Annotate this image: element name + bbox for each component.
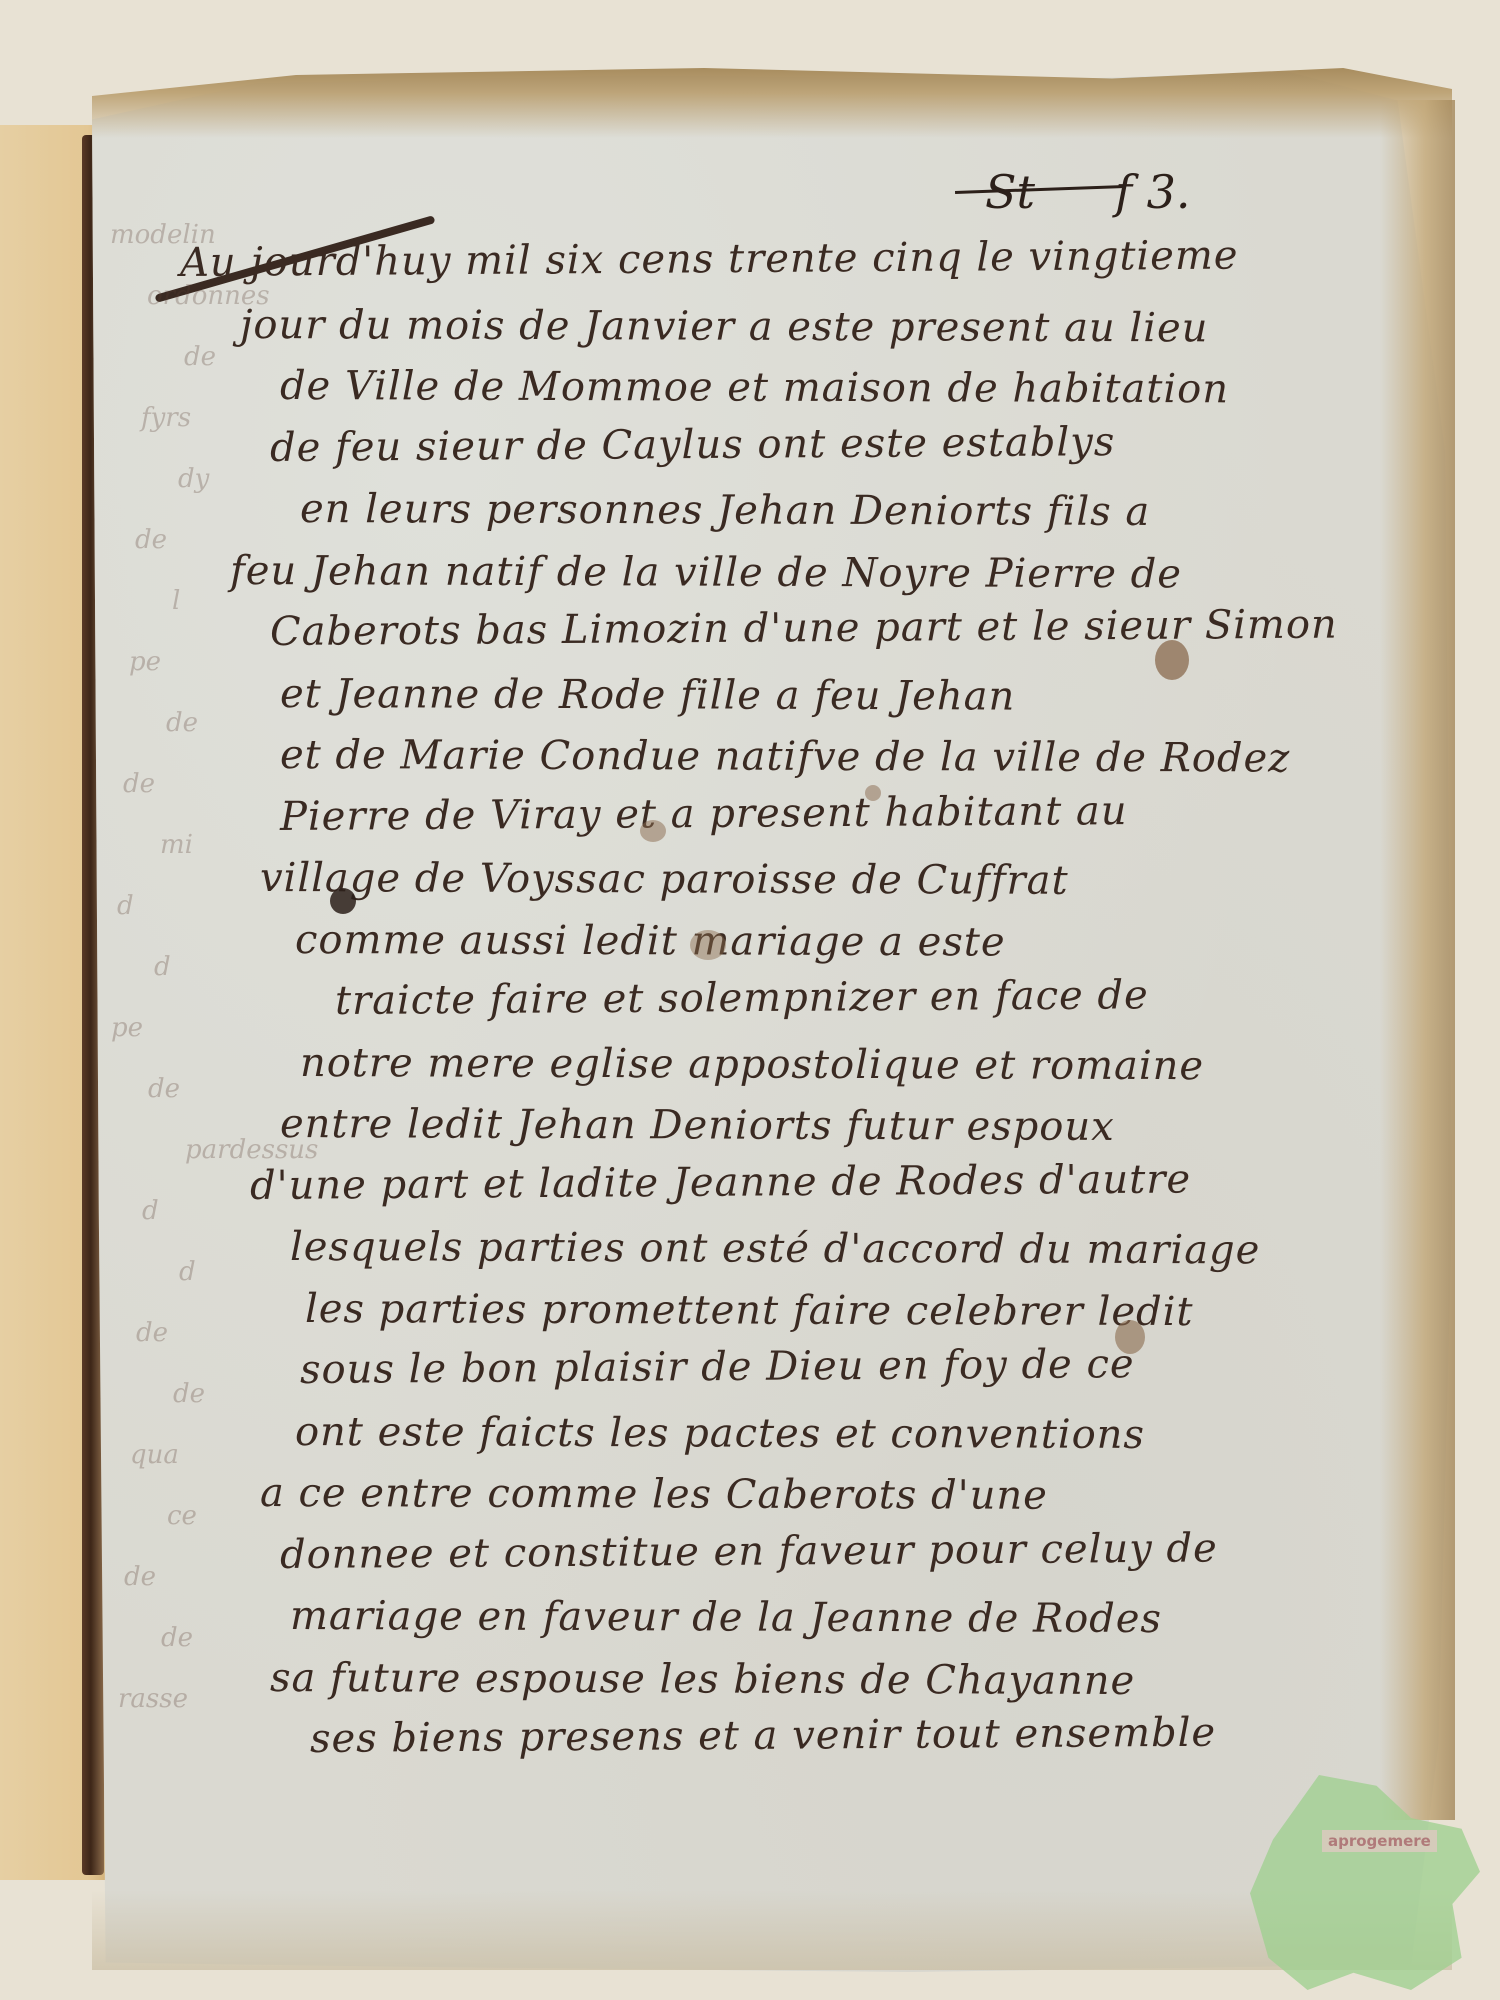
bleed-text: d [142,1196,159,1226]
bleed-text: de [161,1623,193,1653]
text-line: sous le bon plaisir de Dieu en foy de ce [300,1341,1135,1393]
text-line: de Ville de Mommoe et maison de habitati… [280,363,1229,412]
text-line: entre ledit Jehan Deniorts futur espoux [280,1101,1115,1150]
text-line: et Jeanne de Rode fille a feu Jehan [280,671,1015,720]
folio-number: f 3. [1115,165,1191,219]
text-line: ont este faicts les pactes et convention… [295,1409,1145,1458]
ink-blot [1155,640,1189,680]
text-line: Au jourd'huy mil six cens trente cinq le… [180,233,1239,286]
text-line: de feu sieur de Caylus ont este establys [270,419,1116,471]
folio-mark: St [985,165,1035,219]
text-line: et de Marie Condue natifve de la ville d… [280,732,1290,782]
text-line: d'une part et ladite Jeanne de Rodes d'a… [250,1156,1191,1209]
ink-blot [1115,1320,1145,1354]
bleed-text: de [166,708,198,738]
ink-blot [690,930,726,960]
bleed-text: pe [129,647,161,677]
bleed-text: de [184,342,216,372]
bleed-text: qua [130,1440,179,1470]
text-line: donnee et constitue en faveur pour celuy… [280,1525,1218,1578]
text-line: a ce entre comme les Caberots d'une [260,1470,1048,1519]
ink-blot [865,785,881,801]
bleed-text: de [123,769,155,799]
right-edge-stain [1380,100,1455,1820]
bleed-text: de [148,1074,180,1104]
bleed-text: de [124,1562,156,1592]
text-line: notre mere eglise appostolique et romain… [300,1040,1204,1089]
text-line: village de Voyssac paroisse de Cuffrat [260,855,1069,904]
text-line: les parties promettent faire celebrer le… [305,1286,1194,1335]
bleed-text: fyrs [141,403,191,433]
ink-blot [640,820,666,842]
text-line: Pierre de Viray et a present habitant au [280,788,1128,840]
bleed-text: dy [178,464,209,494]
bleed-text: d [154,952,171,982]
bleed-text: pe [111,1013,143,1043]
text-line: feu Jehan natif de la ville de Noyre Pie… [230,548,1182,597]
text-line: mariage en faveur de la Jeanne de Rodes [290,1593,1162,1642]
bleed-text: de [173,1379,205,1409]
bleed-text: mi [160,830,193,860]
bleed-text: de [135,525,167,555]
text-line: traicte faire et solempnizer en face de [335,972,1149,1024]
bleed-text: d [179,1257,196,1287]
watermark-label: aprogemere [1322,1830,1437,1852]
bleed-text: ce [167,1501,197,1531]
text-line: comme aussi ledit mariage a este [295,917,1006,965]
text-line: lesquels parties ont esté d'accord du ma… [290,1224,1261,1273]
bleed-text: rasse [118,1684,188,1714]
top-edge-stain [92,68,1452,138]
bleed-text: l [172,586,180,616]
text-line: sa future espouse les biens de Chayanne [270,1655,1135,1704]
text-line: ses biens presens et a venir tout ensemb… [310,1710,1216,1762]
bottom-edge-stain [92,1890,1452,1970]
text-line: jour du mois de Janvier a este present a… [240,302,1209,351]
bleed-text: de [136,1318,168,1348]
text-line: en leurs personnes Jehan Deniorts fils a [300,486,1150,535]
ink-blot [330,888,356,914]
bleed-text: d [117,891,134,921]
